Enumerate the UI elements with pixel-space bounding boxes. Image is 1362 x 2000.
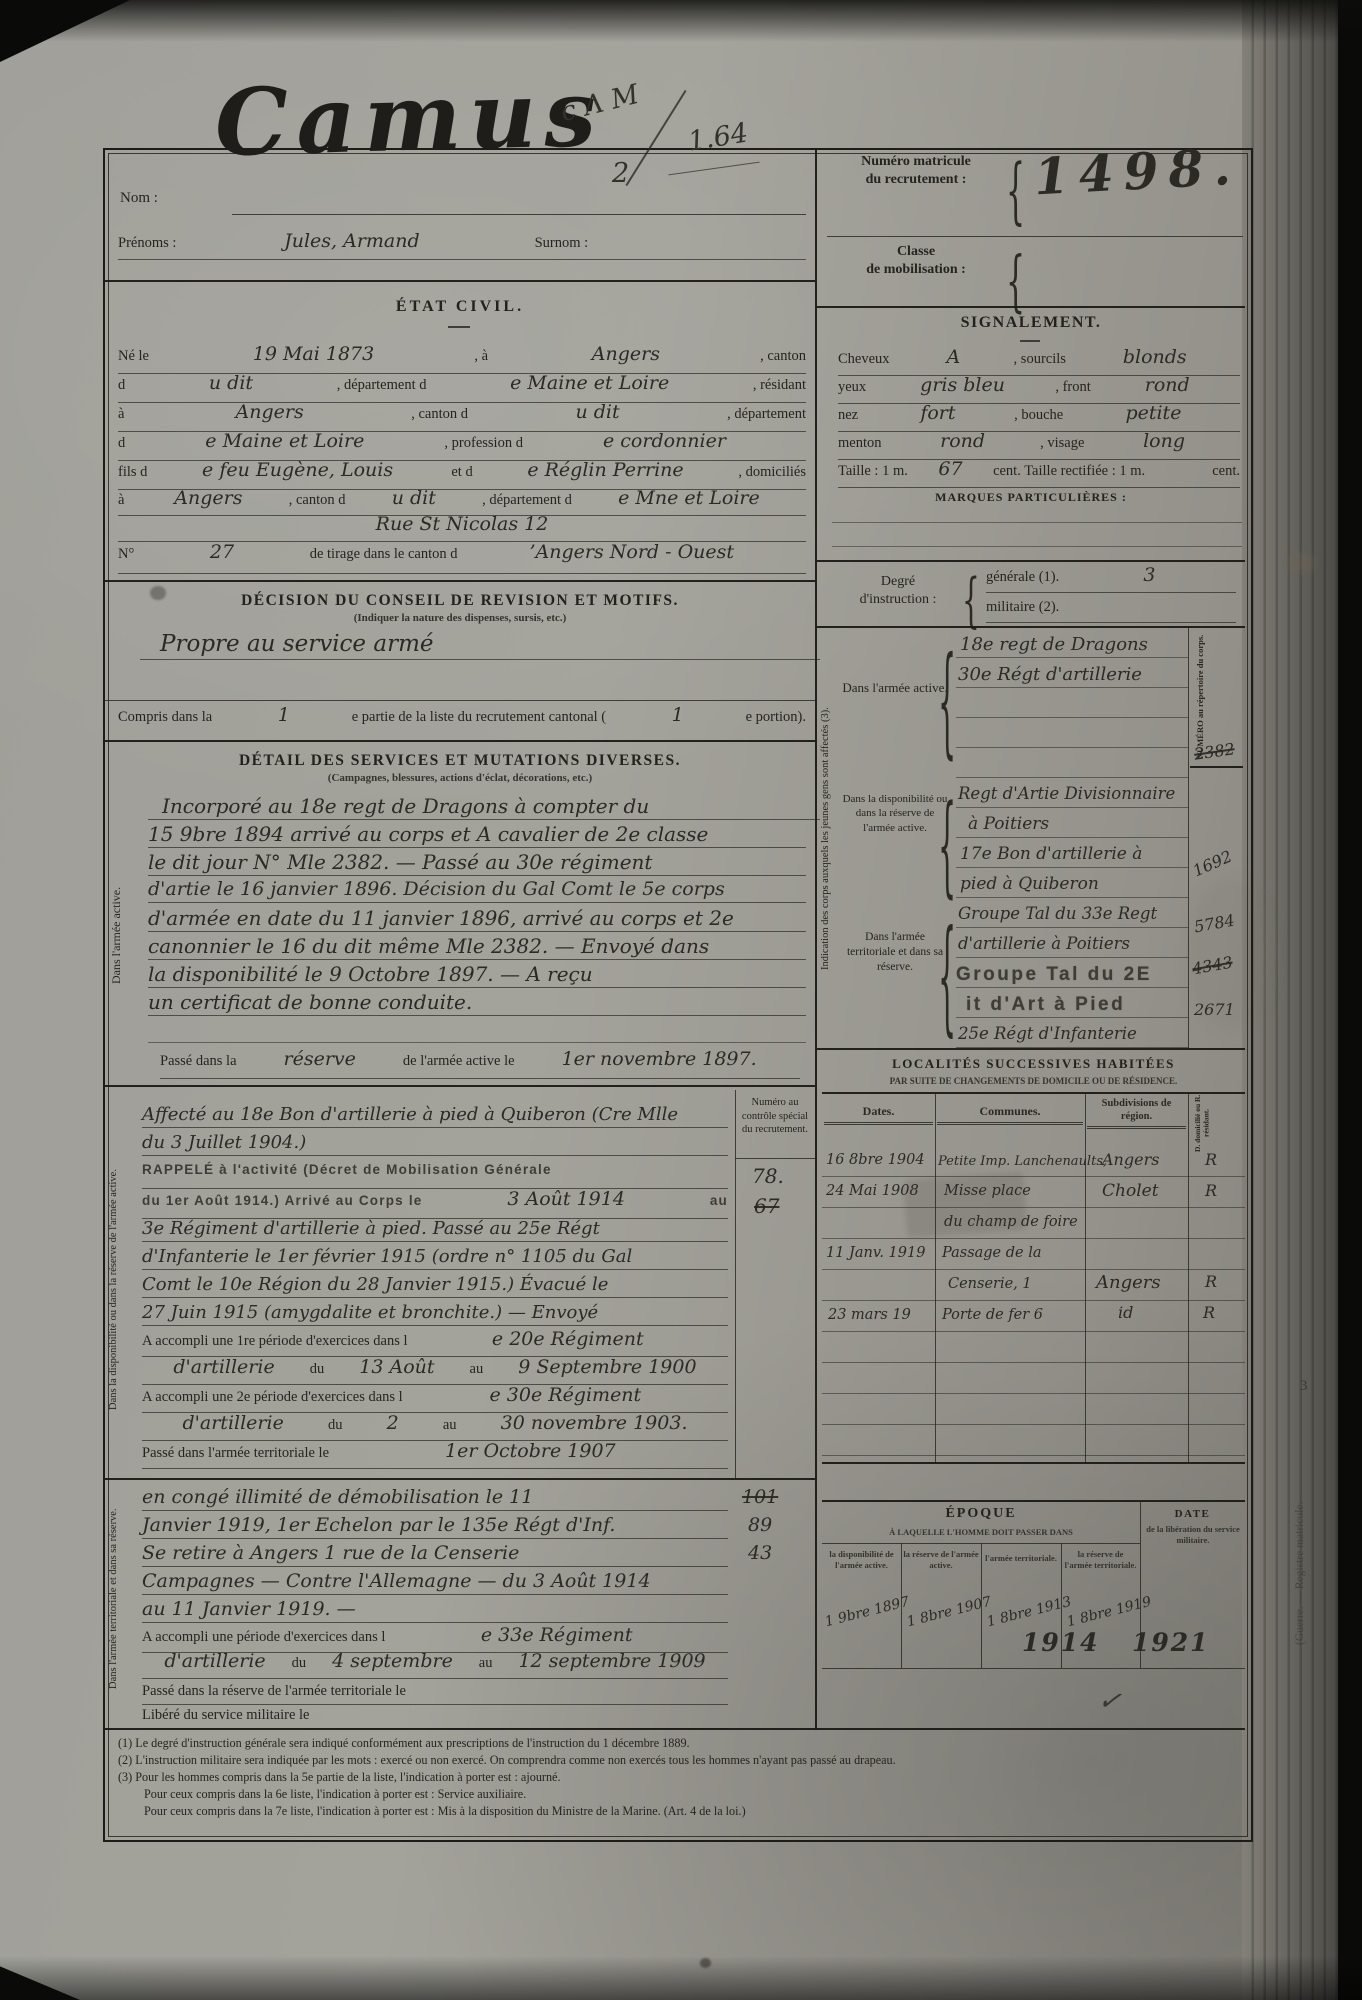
services-title: DÉTAIL DES SERVICES ET MUTATIONS DIVERSE…: [105, 752, 815, 770]
matricule-value: 1498.: [1033, 137, 1242, 207]
degre-label-2: d'instruction :: [838, 592, 958, 608]
epoque-col4: la réserve de l'armée territoriale.: [1063, 1549, 1138, 1571]
epoque-stamp-year: 1921: [1132, 1628, 1210, 1657]
localites-bottom-rule: [822, 1462, 1245, 1464]
printed-label: , à: [474, 348, 491, 365]
title-dash: [1020, 340, 1040, 342]
handwritten-text: 1: [610, 706, 746, 725]
handwritten-text: 4 septembre: [310, 1652, 475, 1671]
printed-label: Compris dans la: [118, 709, 216, 726]
localite-commune: Passage de la: [942, 1245, 1042, 1261]
degre-militaire-row: militaire (2).: [986, 596, 1236, 623]
matricule-brace: {: [1006, 150, 1025, 234]
footnote-separator: [105, 1728, 1245, 1730]
periode-exercices-line: A accompli une 2e période d'exercices da…: [142, 1386, 728, 1413]
degre-generale-row: générale (1). 3: [986, 566, 1236, 593]
printed-label: cent.: [1209, 463, 1240, 480]
etat-civil-line: à Angers, canton du dit, département: [118, 403, 806, 432]
handwritten-text: 3 Août 1914: [427, 1190, 704, 1209]
service-line: le dit jour N° Mle 2382. — Passé au 30e …: [148, 850, 806, 876]
handwritten-text: 67: [911, 460, 989, 479]
handwritten-text: 1er Octobre 1907: [333, 1442, 728, 1461]
section-rule: [105, 1478, 815, 1480]
section-rule: [817, 306, 1245, 308]
handwritten-text: petite: [1067, 404, 1240, 423]
epoque-date-header: DATE: [1142, 1508, 1243, 1520]
epoque-title: ÉPOQUE: [822, 1506, 1140, 1522]
compris-line: Compris dans la 1e partie de la liste du…: [118, 706, 806, 732]
etat-civil-line: fils de feu Eugène, Louis et de Réglin P…: [118, 461, 806, 490]
printed-label: d: [118, 435, 125, 452]
handwritten-text: e Mne et Loire: [572, 489, 806, 508]
printed-label: Passé dans la réserve de l'armée territo…: [142, 1683, 410, 1700]
margin-number: 101: [742, 1486, 778, 1508]
handwritten-text: u dit: [468, 403, 727, 422]
dispo-line: Comt le 10e Région du 28 Janvier 1915.) …: [142, 1274, 728, 1298]
printed-label: Passé dans l'armée territoriale le: [142, 1445, 333, 1462]
localite-subdivision: Angers: [1102, 1150, 1159, 1169]
etat-civil-line: à Angers, canton du dit, département de …: [118, 489, 806, 516]
handwritten-text: [410, 1680, 728, 1699]
printed-label: e partie de la liste du recrutement cant…: [352, 709, 610, 726]
handwritten-text: e 20e Régiment: [408, 1330, 728, 1349]
printed-label: , front: [1055, 379, 1094, 396]
printed-label: d: [118, 377, 125, 394]
controle-header: Numéro au contrôle spécial du recrutemen…: [737, 1096, 813, 1137]
service-line: 15 9bre 1894 arrivé au corps et A cavali…: [148, 822, 806, 848]
signalement-row: nez fort, bouche petite: [838, 404, 1240, 432]
service-line: la disponibilité le 9 Octobre 1897. — A …: [148, 962, 806, 988]
footnote: (1) Le degré d'instruction générale sera…: [118, 1736, 1230, 1751]
controle-number: 67: [754, 1194, 779, 1218]
section-rule: [105, 740, 815, 742]
handwritten-text: rond: [1094, 376, 1240, 395]
corps-entry: Groupe Tal du 33e Regt: [958, 904, 1157, 923]
printed-label: Libéré du service militaire le: [142, 1707, 313, 1724]
printed-label: de tirage dans le canton d: [306, 546, 457, 563]
epoque-date-header-2: de la libération du service militaire.: [1146, 1524, 1240, 1547]
handwritten-text: long: [1088, 432, 1240, 451]
printed-label: Né le: [118, 348, 153, 365]
localites-grid-border: [935, 1092, 936, 1462]
territoriale-line: Janvier 1919, 1er Echelon par le 135e Ré…: [142, 1514, 728, 1539]
dispo-line: du 3 Juillet 1904.): [142, 1132, 728, 1156]
mobilisation-stamp-line: du 1er Août 1914.) Arrivé au Corps le 3 …: [142, 1190, 728, 1219]
epoque-col1: la disponibilité de l'armée active.: [824, 1549, 899, 1571]
decision-title: DÉCISION DU CONSEIL DE REVISION ET MOTIF…: [105, 592, 815, 610]
printed-label: de l'armée active le: [399, 1053, 518, 1070]
taille-row: Taille : 1 m. 67 cent. Taille rectifiée …: [838, 460, 1240, 488]
printed-label: , canton d: [289, 492, 346, 509]
corps-entry: 30e Régt d'artillerie: [958, 664, 1142, 685]
periode-exercices-line: A accompli une 1re période d'exercices d…: [142, 1330, 728, 1357]
handwritten-text: 27: [138, 543, 306, 562]
printed-label: nez: [838, 407, 862, 424]
decision-value: Propre au service armé: [140, 630, 820, 660]
handwritten-text: e feu Eugène, Louis: [147, 461, 447, 480]
libere-line: Libéré du service militaire le: [142, 1704, 728, 1729]
classe-label-2: de mobilisation :: [830, 262, 1002, 278]
passe-territoriale-line: Passé dans l'armée territoriale le 1er O…: [142, 1442, 728, 1469]
localite-date: 23 mars 19: [828, 1307, 911, 1323]
localite-commune: Petite Imp. Lanchenaults,: [938, 1154, 1107, 1169]
printed-label: Surnom :: [524, 235, 592, 252]
printed-label: à: [118, 406, 128, 423]
territoriale-line: Se retire à Angers 1 rue de la Censerie: [142, 1542, 728, 1567]
corps-stamp-line: it d'Art à Pied: [966, 994, 1125, 1016]
margin-number: 43: [748, 1542, 772, 1564]
controle-number: 78.: [752, 1164, 784, 1188]
marques-label: MARQUES PARTICULIÈRES :: [817, 490, 1245, 505]
localite-commune: Misse place: [944, 1183, 1031, 1199]
handwritten-text: blonds: [1070, 348, 1240, 367]
handwritten-text: d'artillerie: [142, 1652, 288, 1671]
nom-label: Nom :: [120, 190, 158, 207]
epoque-col2: la réserve de l'armée active.: [903, 1549, 979, 1571]
footnote: Pour ceux compris dans la 7e liste, l'in…: [144, 1804, 1230, 1819]
armee-active-side-label: Dans l'armée active.: [110, 800, 134, 1070]
handwritten-text: Jules, Armand: [180, 232, 524, 251]
main-column-divider: [815, 148, 817, 1730]
printed-label: au: [475, 1655, 496, 1672]
dispo-line: d'Infanterie le 1er février 1915 (ordre …: [142, 1246, 728, 1270]
printed-label: au: [439, 1417, 460, 1434]
epoque-bottom-rule: [822, 1668, 1245, 1669]
handwritten-text: 30 novembre 1903.: [460, 1414, 728, 1433]
footnote: (2) L'instruction militaire sera indiqué…: [118, 1753, 1230, 1768]
matricule-divider: [827, 236, 1243, 237]
epoque-col3: l'armée territoriale.: [983, 1553, 1059, 1564]
localite-commune: du champ de foire: [944, 1214, 1078, 1230]
printed-label: A accompli une 1re période d'exercices d…: [142, 1333, 408, 1350]
handwritten-text: Angers: [128, 403, 411, 422]
localites-col-dates: Dates.: [824, 1104, 933, 1125]
paper-stain: [700, 1958, 711, 1968]
stamped-text: du 1er Août 1914.) Arrivé au Corps le: [142, 1193, 427, 1208]
printed-label: A accompli une 2e période d'exercices da…: [142, 1389, 403, 1406]
matricule-label: Numéro matricule: [830, 154, 1002, 170]
printed-label: , département d: [482, 492, 572, 509]
periode-exercices-line: A accompli une période d'exercices dans …: [142, 1626, 728, 1653]
numero-header-rule: [1190, 766, 1243, 768]
corps-terr-brace: {: [938, 908, 956, 1052]
periode-exercices-line: d'artillerie du 13 Août au 9 Septembre 1…: [142, 1358, 728, 1385]
territoriale-side-label: Dans l'armée territoriale et dans sa rés…: [108, 1486, 134, 1712]
handwritten-text: d'artillerie: [142, 1414, 324, 1433]
handwritten-text: [313, 1704, 728, 1723]
localites-grid-border: [1188, 1092, 1189, 1462]
localite-dr: R: [1203, 1303, 1215, 1322]
localite-subdivision: id: [1118, 1303, 1133, 1322]
localite-date: 24 Mai 1908: [826, 1183, 919, 1199]
dispo-line: 27 Juin 1915 (amygdalite et bronchite.) …: [142, 1302, 728, 1326]
localites-subtitle: PAR SUITE DE CHANGEMENTS DE DOMICILE OU …: [822, 1076, 1245, 1086]
degre-brace: {: [962, 566, 980, 635]
printed-label: Cheveux: [838, 351, 893, 368]
printed-label: , département d: [337, 377, 427, 394]
printed-label: fils d: [118, 464, 147, 481]
blank-rule: [832, 522, 1242, 523]
localites-grid-border: [1085, 1092, 1086, 1462]
handwritten-text: gris bleu: [870, 376, 1056, 395]
localites-col-subdivisions: Subdivisions de région.: [1087, 1098, 1186, 1129]
printed-label: générale (1).: [986, 569, 1063, 586]
signalement-row: Cheveux A, sourcils blonds: [838, 348, 1240, 376]
handwritten-text: 1er novembre 1897.: [518, 1050, 800, 1069]
localites-title: LOCALITÉS SUCCESSIVES HABITÉES: [822, 1056, 1245, 1072]
handwritten-text: 13 Août: [328, 1358, 466, 1377]
printed-label: et d: [448, 464, 473, 481]
mobilisation-stamp-line: RAPPELÉ à l'activité (Décret de Mobilisa…: [142, 1162, 728, 1189]
blank-rule: [832, 546, 1242, 547]
printed-label: cent. Taille rectifiée : 1 m.: [989, 463, 1148, 480]
printed-label: , profession d: [444, 435, 523, 452]
printed-label: , bouche: [1014, 407, 1067, 424]
printed-label: , canton d: [411, 406, 468, 423]
periode-exercices-line: d'artillerie du 2 au 30 novembre 1903.: [142, 1414, 728, 1441]
footnote: (3) Pour les hommes compris dans la 5e p…: [118, 1770, 1230, 1785]
localites-header-rule: [822, 1092, 1245, 1094]
handwritten-text: Angers: [492, 345, 760, 364]
controle-column-border: [735, 1090, 736, 1478]
epoque-top-rule: [822, 1500, 1245, 1502]
corps-entry: pied à Quiberon: [960, 874, 1099, 894]
handwritten-text: fort: [862, 404, 1014, 423]
corps-dispo-label: Dans la disponibilité ou dans la réserve…: [842, 792, 948, 835]
blank-rule: [105, 700, 815, 701]
photo-black-edge-right: [1338, 0, 1362, 2000]
blank-rule: [148, 1042, 806, 1043]
classe-brace: {: [1006, 244, 1025, 321]
printed-label: à: [118, 492, 128, 509]
localite-commune: Porte de fer 6: [942, 1307, 1043, 1323]
reserve-territoriale-line: Passé dans la réserve de l'armée territo…: [142, 1680, 728, 1705]
epoque-stamp-year: 1914: [1022, 1628, 1100, 1657]
printed-label: Prénoms :: [118, 235, 180, 252]
scanned-military-record: Camus Nom : Prénoms : Jules, Armand Surn…: [0, 0, 1362, 2000]
prenoms-surnom-line: Prénoms : Jules, Armand Surnom :: [118, 232, 806, 260]
stamped-text: au: [705, 1193, 728, 1208]
handwritten-text: d'artillerie: [142, 1358, 306, 1377]
corps-stamp-line: Groupe Tal du 2E: [956, 964, 1152, 986]
printed-label: , sourcils: [1014, 351, 1070, 368]
service-line: canonnier le 16 du dit même Mle 2382. — …: [148, 934, 806, 960]
printed-label: militaire (2).: [986, 599, 1063, 616]
printed-label: e portion).: [746, 709, 806, 726]
etat-civil-line: du dit, département de Maine et Loire, r…: [118, 374, 806, 403]
territoriale-line: en congé illimité de démobilisation le 1…: [142, 1486, 728, 1511]
localites-col-dr: D. domicilié ou R. résidant.: [1194, 1094, 1238, 1152]
controle-header-rule: [735, 1158, 815, 1159]
signalement-title: SIGNALEMENT.: [817, 314, 1245, 332]
territoriale-line: au 11 Janvier 1919. —: [142, 1598, 728, 1623]
localite-commune: Censerie, 1: [948, 1276, 1032, 1292]
corps-entry: Regt d'Artie Divisionnaire: [958, 784, 1175, 803]
corps-entry: d'artillerie à Poitiers: [958, 934, 1130, 953]
handwritten-text: 2: [346, 1414, 439, 1433]
handwritten-text: 19 Mai 1873: [153, 345, 475, 364]
periode-exercices-line: d'artillerie du 4 septembre au 12 septem…: [142, 1652, 728, 1679]
numero-column-border: [1188, 628, 1189, 1048]
service-line: d'artie le 16 janvier 1896. Décision du …: [148, 878, 806, 903]
printed-label: , visage: [1040, 435, 1088, 452]
printed-label: N°: [118, 546, 138, 563]
margin-rotated-note: (Guerre. — Registre matricule.: [1294, 1408, 1314, 1738]
handwritten-text: 12 septembre 1909: [496, 1652, 728, 1671]
corps-terr-label: Dans l'armée territoriale et dans sa rés…: [842, 930, 948, 975]
decision-subtitle: (Indiquer la nature des dispenses, sursi…: [105, 612, 815, 624]
dispo-line: Affecté au 18e Bon d'artillerie à pied à…: [142, 1104, 728, 1128]
handwritten-text: u dit: [346, 489, 483, 508]
printed-label: du: [288, 1655, 310, 1672]
corps-entry: à Poitiers: [968, 814, 1049, 834]
footnote: Pour ceux compris dans la 6e liste, l'in…: [144, 1787, 1230, 1802]
handwritten-text: réserve: [240, 1050, 399, 1069]
handwritten-text: u dit: [125, 374, 336, 393]
passe-reserve-line: Passé dans la réserve de l'armée active …: [160, 1050, 800, 1079]
localite-date: 11 Janv. 1919: [826, 1245, 925, 1261]
localite-dr: R: [1205, 1181, 1217, 1200]
service-line: un certificat de bonne conduite.: [148, 990, 806, 1016]
localite-dr: R: [1205, 1272, 1217, 1291]
handwritten-text: e cordonnier: [523, 432, 806, 451]
photo-dark-edge-bottom: [0, 1956, 1362, 2000]
handwritten-text: e Réglin Perrine: [473, 461, 739, 480]
section-rule: [817, 1048, 1245, 1050]
section-rule: [105, 580, 815, 582]
classe-label: Classe: [830, 244, 1002, 260]
printed-label: yeux: [838, 379, 870, 396]
corps-active-brace: {: [938, 636, 956, 774]
nom-underline: [232, 214, 806, 215]
localite-date: 16 8bre 1904: [826, 1152, 925, 1168]
paper-stain: [1288, 552, 1316, 574]
printed-label: , résidant: [753, 377, 806, 394]
nom-handwritten-large: Camus: [214, 59, 606, 177]
localites-col-communes: Communes.: [937, 1104, 1083, 1125]
handwritten-text: ’Angers Nord - Ouest: [457, 543, 806, 562]
printed-label: du: [324, 1417, 346, 1434]
handwritten-text: 9 Septembre 1900: [487, 1358, 728, 1377]
printed-label: menton: [838, 435, 885, 452]
title-dash: [448, 326, 470, 328]
etat-civil-line: Rue St Nicolas 12: [118, 515, 806, 542]
handwritten-text: 1: [216, 706, 352, 725]
section-rule: [817, 560, 1245, 562]
tirage-line: N° 27 de tirage dans le canton d’Angers …: [118, 543, 806, 574]
handwritten-text: e 30e Régiment: [403, 1386, 728, 1405]
localite-subdivision: Angers: [1096, 1272, 1161, 1293]
corps-side-label: Indication des corps auxquels les jeunes…: [820, 632, 840, 1046]
etat-civil-line: de Maine et Loire, profession de cordonn…: [118, 432, 806, 461]
localite-dr: R: [1205, 1150, 1217, 1169]
margin-number: 89: [748, 1514, 772, 1536]
disponibilite-side-label: Dans la disponibilité ou dans la réserve…: [108, 1105, 134, 1475]
dispo-line: 3e Régiment d'artillerie à pied. Passé a…: [142, 1218, 728, 1242]
stamped-text: RAPPELÉ à l'activité (Décret de Mobilisa…: [142, 1162, 552, 1177]
handwritten-text: rond: [885, 432, 1040, 451]
handwritten-text: Angers: [128, 489, 289, 508]
handwritten-text: e Maine et Loire: [125, 432, 444, 451]
service-line: d'armée en date du 11 janvier 1896, arri…: [148, 906, 806, 932]
printed-label: A accompli une période d'exercices dans …: [142, 1629, 385, 1646]
handwritten-text: 3: [1063, 566, 1236, 585]
corps-active-label: Dans l'armée active.: [842, 680, 948, 697]
check-mark: ✓: [1096, 1683, 1124, 1719]
etat-civil-line: Né le 19 Mai 1873, à Angers, canton: [118, 345, 806, 374]
epoque-subtitle: À LAQUELLE L'HOMME DOIT PASSER DANS: [822, 1527, 1140, 1537]
matricule-label-2: du recrutement :: [830, 172, 1002, 188]
signalement-row: menton rond, visage long: [838, 432, 1240, 460]
corps-entry: 17e Bon d'artillerie à: [960, 844, 1142, 864]
handwritten-text: A: [893, 348, 1013, 367]
handwritten-text: Rue St Nicolas 12: [118, 515, 806, 534]
printed-label: au: [466, 1361, 487, 1378]
section-rule: [105, 1085, 815, 1087]
services-subtitle: (Campagnes, blessures, actions d'éclat, …: [105, 772, 815, 784]
handwritten-text: [1149, 460, 1209, 479]
service-line: Incorporé au 18e regt de Dragons à compt…: [148, 794, 820, 820]
handwritten-text: [1063, 596, 1236, 615]
handwritten-text: e 33e Régiment: [385, 1626, 728, 1645]
signalement-row: yeux gris bleu, front rond: [838, 376, 1240, 404]
page-number: 3: [1300, 1378, 1308, 1395]
printed-label: , département: [727, 406, 806, 423]
degre-label: Degré: [838, 574, 958, 590]
printed-label: , domiciliés: [738, 464, 806, 481]
printed-label: Taille : 1 m.: [838, 463, 911, 480]
printed-label: , canton: [760, 348, 806, 365]
printed-label: Passé dans la: [160, 1053, 240, 1070]
photo-dark-edge-top: [0, 0, 1362, 42]
corps-entry: 25e Régt d'Infanterie: [958, 1024, 1137, 1043]
territoriale-line: Campagnes — Contre l'Allemagne — du 3 Ao…: [142, 1570, 728, 1595]
handwritten-text: [592, 232, 806, 251]
printed-label: du: [306, 1361, 328, 1378]
corps-entry: 18e regt de Dragons: [960, 634, 1148, 655]
section-rule: [105, 280, 815, 282]
localite-subdivision: Cholet: [1102, 1181, 1159, 1201]
handwritten-text: e Maine et Loire: [427, 374, 753, 393]
etat-civil-title: ÉTAT CIVIL.: [105, 298, 815, 316]
corps-dispo-brace: {: [938, 786, 956, 912]
repertoire-number: 2671: [1194, 1000, 1235, 1019]
